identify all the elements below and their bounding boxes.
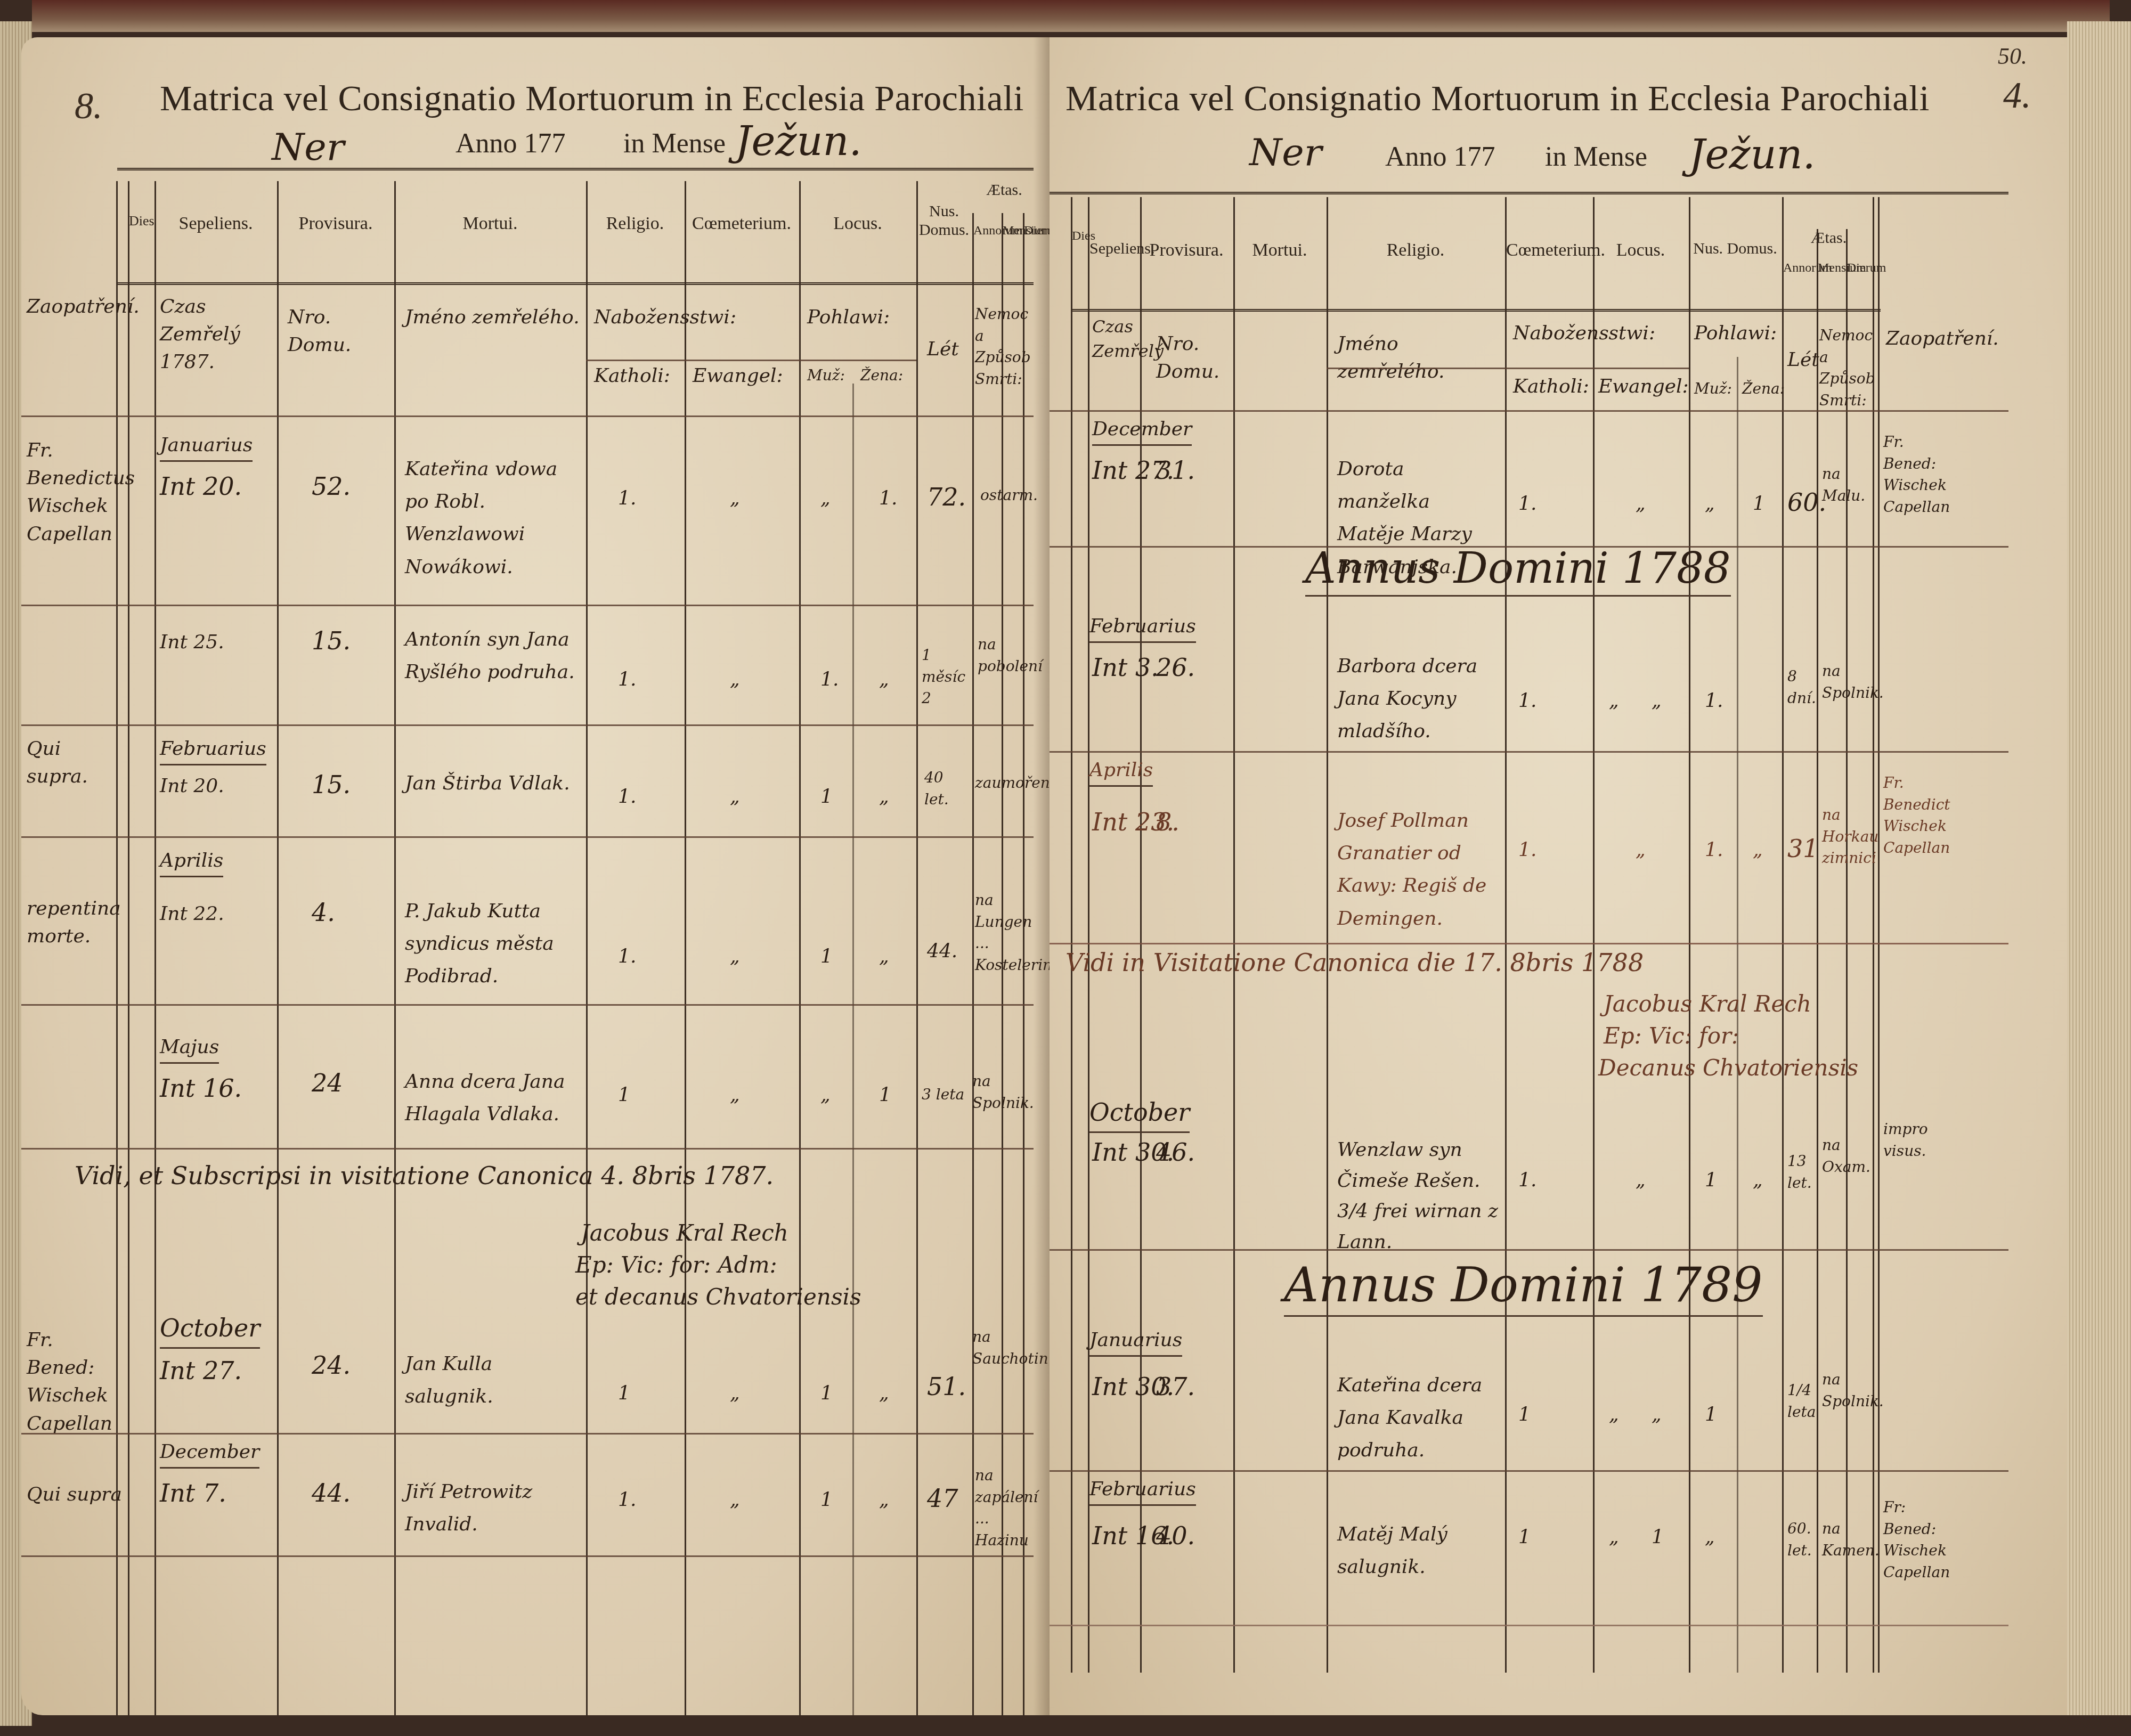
entry-age: 31	[1787, 831, 1819, 867]
entry-age: 13 let.	[1787, 1151, 1817, 1194]
entry-house: 37.	[1156, 1369, 1195, 1405]
entry-age: 60.	[1787, 485, 1826, 520]
entry-catholic: 1.	[1518, 490, 1536, 518]
czech-hdr-catholic: Katholi:	[1513, 373, 1589, 401]
header-nus-domus: Nus. Domus.	[917, 202, 971, 239]
entry-margin: Fr. Bened: Wischek Capellan	[27, 1326, 115, 1438]
col-divider	[1878, 197, 1880, 1673]
czech-hdr-female: Žena:	[860, 365, 903, 387]
col-divider	[685, 181, 686, 1715]
czech-hdr-provisura: Nro. Domu.	[288, 304, 389, 359]
header-dierum: Dierum	[1847, 261, 1872, 276]
entry-catholic: 1.	[1518, 836, 1536, 864]
header-nus-domus: Nus. Domus.	[1690, 240, 1780, 258]
entry-age: 60. let.	[1787, 1518, 1817, 1561]
entry-margin: impro visus.	[1883, 1119, 1953, 1162]
entry-evangelical: „	[1636, 836, 1646, 864]
visitation-note: Vidi in Visitatione Canonica die 17. 8br…	[1065, 948, 1644, 977]
entry-house: 15.	[312, 767, 351, 803]
entry-catholic: 1	[1518, 1523, 1531, 1551]
czech-hdr-evangelical: Ewangel:	[693, 362, 783, 390]
czech-hdr-cause: Nemoc a Způsob Smrti:	[1819, 325, 1873, 411]
entry-cause: na Horkau zimnici	[1822, 804, 1875, 869]
col-divider	[1327, 197, 1328, 1673]
entry-female: „	[879, 1380, 889, 1407]
right-anno-label: Anno 177	[1385, 141, 1495, 173]
czech-hdr-sex: Pohlawi:	[807, 304, 890, 331]
header-double-rule	[1071, 309, 1881, 312]
col-divider	[128, 181, 129, 1715]
czech-hdr-age: Lét	[1787, 346, 1819, 374]
entry-catholic: 1.	[618, 943, 636, 971]
entry-male: „	[820, 485, 831, 512]
entry-female: „	[1705, 1523, 1715, 1551]
col-divider	[277, 181, 279, 1715]
row-rule	[586, 360, 916, 361]
right-handwritten-place: Ner	[1249, 131, 1322, 174]
entry-cause: na Oxam.	[1822, 1135, 1873, 1178]
entry-day: Int 25.	[160, 629, 224, 656]
signature-line-3: et decanus Chvatoriensis	[575, 1284, 861, 1310]
entry-male: „	[820, 1081, 831, 1109]
signature-line-1: Jacobus Kral Rech	[1604, 991, 1811, 1017]
right-page-title: Matrica vel Consignatio Mortuorum in Ecc…	[1065, 77, 1930, 119]
entry-month: Januarius	[1089, 1326, 1182, 1357]
entry-age: 8 dní.	[1787, 666, 1819, 709]
entry-day: Int 27.	[160, 1353, 242, 1389]
entry-margin: Fr. Benedict Wischek Capellan	[1883, 772, 1953, 859]
left-mense-label: in Mense	[623, 128, 726, 159]
header-coemeterium: Cœmeterium.	[686, 213, 798, 234]
entry-margin: Qui supra.	[27, 735, 115, 790]
header-mortui: Mortui.	[395, 213, 585, 234]
entry-male: 1	[1705, 1167, 1717, 1194]
signature-line-3: Decanus Chvatoriensis	[1598, 1055, 1858, 1081]
signature-line-2: Ep: Vic: for:	[1604, 1023, 1739, 1049]
entry-male: „	[1652, 1401, 1662, 1429]
entry-margin: Fr: Bened: Wischek Capellan	[1883, 1497, 1953, 1583]
entry-name: Wenzlaw syn Čimeše Rešen. 3/4 frei wirna…	[1337, 1135, 1502, 1257]
header-mensium: Mensium	[1818, 261, 1845, 276]
entry-cause: na Spolnik.	[1822, 661, 1875, 704]
entry-month: October	[160, 1310, 260, 1349]
czech-hdr-sepeliens: Czas Zemřelý 1787.	[160, 293, 274, 377]
col-divider	[1817, 229, 1818, 1673]
entry-catholic: 1	[1518, 1401, 1531, 1429]
header-religio: Religio.	[587, 213, 683, 234]
entry-day: Int 16.	[160, 1071, 242, 1106]
czech-hdr-catholic: Katholi:	[594, 362, 670, 390]
row-rule	[1327, 368, 1689, 369]
entry-cause: na Spolnik.	[972, 1071, 1034, 1114]
left-page-title: Matrica vel Consignatio Mortuorum in Ecc…	[160, 77, 1024, 119]
entry-margin: repentina morte.	[27, 895, 120, 950]
entry-cause: na Kamen.	[1822, 1518, 1873, 1561]
entry-evangelical: „	[1609, 1523, 1619, 1551]
entry-evangelical: „	[730, 943, 740, 971]
entry-cause: na Sauchotin	[972, 1326, 1031, 1370]
row-rule	[1050, 751, 2008, 753]
col-divider	[852, 384, 854, 1715]
left-folio-number: 8.	[75, 85, 103, 128]
entry-age: 1 měsíc 2	[922, 645, 970, 710]
czech-hdr-age: Lét	[927, 336, 959, 363]
entry-name: Jan Kulla salugnik.	[405, 1348, 581, 1413]
entry-male: „	[1652, 687, 1662, 715]
entry-cause: na Lungen ... Kostelerin	[975, 890, 1034, 976]
col-divider	[394, 181, 396, 1715]
entry-day: Int 22.	[160, 900, 224, 928]
entry-evangelical: „	[730, 1486, 740, 1514]
visitation-note: Vidi, et Subscripsi in visitatione Canon…	[75, 1161, 774, 1190]
col-divider	[154, 181, 156, 1715]
entry-name: Antonín syn Jana Ryšlého podruha.	[405, 623, 581, 688]
entry-name: Josef Pollman Granatier od Kawy: Regiš d…	[1337, 804, 1502, 935]
entry-day: Int 7.	[160, 1476, 226, 1511]
row-rule	[1050, 943, 2008, 944]
czech-hdr-sex: Pohlawi:	[1694, 320, 1777, 347]
entry-house: 31.	[1156, 453, 1195, 488]
left-anno-label: Anno 177	[456, 128, 566, 159]
entry-age: 1/4 leta	[1787, 1380, 1817, 1423]
signature-line-2: Ep: Vic: for: Adm:	[575, 1252, 777, 1278]
entry-female: 1	[879, 1081, 891, 1109]
header-double-rule	[117, 282, 1034, 285]
col-divider	[1071, 197, 1072, 1673]
entry-female: „	[1753, 836, 1763, 864]
row-rule	[21, 836, 1034, 838]
col-divider	[1689, 197, 1690, 1673]
right-folio-number: 4.	[2003, 75, 2031, 117]
entry-evangelical: „	[730, 666, 740, 694]
entry-name: Barbora dcera Jana Kocyny mladšího.	[1337, 650, 1502, 748]
czech-hdr-religio: Nabožensstwi:	[594, 304, 736, 331]
entry-name: Anna dcera Jana Hlagala Vdlaka.	[405, 1065, 581, 1130]
czech-hdr-religio: Nabožensstwi:	[1513, 320, 1655, 347]
header-sepeliens: Sepeliens.	[156, 213, 276, 234]
czech-hdr-mortui: Jméno zemřelého.	[1337, 330, 1502, 386]
header-dies: Dies	[129, 213, 153, 229]
header-locus: Locus.	[1594, 240, 1687, 260]
entry-house: 24.	[312, 1348, 351, 1383]
entry-male: 1.	[820, 666, 839, 694]
right-folio-top: 50.	[1998, 43, 2027, 70]
entry-house: 52.	[312, 469, 351, 504]
entry-evangelical: „	[1609, 1401, 1619, 1429]
row-rule	[21, 415, 1034, 417]
header-annorum: Annorum	[1783, 261, 1816, 276]
row-rule	[1050, 1249, 2008, 1251]
entry-catholic: 1.	[618, 783, 636, 811]
row-rule	[1050, 1625, 2008, 1626]
row-rule	[21, 605, 1034, 606]
entry-catholic: 1.	[1518, 1167, 1536, 1194]
entry-month: Aprilis	[1089, 756, 1153, 787]
col-divider	[1873, 197, 1874, 1673]
czech-hdr-provisura: Nro. Domu.	[1156, 330, 1231, 386]
col-divider	[972, 213, 974, 1715]
right-header-rule	[1050, 192, 2008, 194]
entry-evangelical: „	[730, 1380, 740, 1407]
entry-cause: na pobolení	[978, 634, 1031, 677]
header-dies: Dies	[1072, 229, 1087, 244]
entry-house: 26.	[1156, 650, 1195, 686]
czech-hdr-male: Muž:	[807, 365, 845, 387]
czech-hdr-male: Muž:	[1694, 378, 1732, 400]
entry-house: 24	[312, 1065, 343, 1101]
entry-male: 1.	[1705, 836, 1723, 864]
col-divider	[1846, 229, 1848, 1673]
entry-female: „	[1753, 1167, 1763, 1194]
entry-day: Int 20.	[160, 469, 242, 504]
entry-age: 47	[927, 1481, 958, 1517]
czech-hdr-evangelical: Ewangel:	[1598, 373, 1689, 401]
entry-age: 51.	[927, 1369, 966, 1405]
entry-month: December	[160, 1438, 259, 1469]
right-page-stack	[2067, 21, 2131, 1715]
header-provisura: Provisura.	[1141, 240, 1232, 260]
entry-margin: Fr. Benedictus Wischek Capellan	[27, 437, 115, 548]
entry-catholic: 1.	[1518, 687, 1536, 715]
entry-female: „	[879, 783, 889, 811]
entry-male: 1	[820, 943, 833, 971]
row-rule	[1050, 410, 2008, 412]
col-divider	[1505, 197, 1507, 1673]
col-divider	[799, 181, 801, 1715]
col-divider	[1782, 197, 1784, 1673]
col-divider	[586, 181, 588, 1715]
row-rule	[1050, 1470, 2008, 1472]
header-annorum: Annorum	[973, 224, 1001, 239]
right-handwritten-month: Ježun.	[1689, 131, 1816, 178]
entry-name: Kateřina vdowa po Robl. Wenzlawowi Nowák…	[405, 453, 581, 583]
entry-catholic: 1.	[618, 666, 636, 694]
czech-hdr-margin: Zaopatření.	[27, 293, 115, 321]
entry-evangelical: „	[1636, 490, 1646, 518]
header-sepeliens: Sepeliens.	[1089, 240, 1138, 258]
entry-house: 4.	[312, 895, 335, 931]
right-page: 50. 4. Matrica vel Consignatio Mortuorum…	[1050, 37, 2094, 1715]
header-coemeterium: Cœmeterium.	[1506, 240, 1591, 260]
entry-male: „	[1705, 490, 1715, 518]
entry-female: „	[879, 1486, 889, 1514]
entry-catholic: 1.	[618, 1486, 636, 1514]
entry-month: Februarius	[1089, 1476, 1196, 1506]
entry-evangelical: „	[1609, 687, 1619, 715]
entry-female: 1	[1705, 1401, 1717, 1429]
entry-evangelical: „	[730, 485, 740, 512]
col-divider	[1593, 197, 1595, 1673]
entry-month: Januarius	[160, 431, 253, 462]
entry-female: 1	[1753, 490, 1765, 518]
entry-cause: na Malu.	[1822, 463, 1870, 507]
entry-day: Int 20.	[160, 772, 224, 800]
entry-month: Februarius	[1089, 613, 1196, 643]
left-page: 8. Matrica vel Consignatio Mortuorum in …	[21, 37, 1050, 1715]
czech-hdr-margin: Zaopatření.	[1886, 325, 1955, 353]
year-heading-1788: Annus Domini 1788	[1305, 543, 1731, 597]
row-rule	[21, 1004, 1034, 1006]
czech-hdr-mortui: Jméno zemřelého.	[405, 304, 581, 331]
entry-male: 1	[1652, 1523, 1664, 1551]
entry-house: 44.	[312, 1476, 351, 1511]
entry-margin: Qui supra	[27, 1481, 122, 1509]
entry-house: 8.	[1156, 804, 1180, 840]
entry-cause: ostarm.	[980, 485, 1038, 507]
entry-name: Jan Štirba Vdlak.	[405, 767, 581, 800]
col-divider	[1233, 197, 1235, 1673]
header-aetas: Ætas.	[1785, 229, 1873, 248]
entry-house: 15.	[312, 623, 351, 659]
right-mense-label: in Mense	[1545, 141, 1647, 173]
entry-month: Februarius	[160, 735, 266, 765]
left-header-rule	[117, 168, 1034, 170]
header-aetas: Ætas.	[975, 181, 1034, 200]
left-handwritten-place: Ner	[272, 125, 344, 169]
entry-age: 44.	[927, 938, 957, 965]
left-handwritten-month: Ježun.	[735, 117, 862, 165]
header-religio: Religio.	[1328, 240, 1503, 260]
row-rule	[21, 724, 1034, 726]
czech-hdr-sepeliens: Czas Zemřelý	[1092, 314, 1140, 364]
entry-male: 1	[820, 1486, 833, 1514]
entry-name: P. Jakub Kutta syndicus města Podibrad.	[405, 895, 581, 993]
entry-cause: na Spolnik.	[1822, 1369, 1875, 1412]
header-mortui: Mortui.	[1234, 240, 1325, 260]
entry-age: 3 leta	[922, 1084, 964, 1106]
entry-house: 40.	[1156, 1518, 1195, 1554]
czech-hdr-cause: Nemoc a Způsob Smrti:	[975, 304, 1034, 390]
entry-age: 40 let.	[924, 767, 967, 810]
header-mensium: Mensium	[1003, 224, 1023, 239]
entry-month: Majus	[160, 1033, 219, 1064]
header-provisura: Provisura.	[278, 213, 393, 234]
entry-house: 46.	[1156, 1135, 1195, 1170]
entry-day: Int 3.	[1092, 650, 1159, 686]
entry-cause: na zapálení ... Hazinu	[975, 1465, 1034, 1551]
entry-catholic: 1.	[618, 485, 636, 512]
row-rule	[21, 1555, 1034, 1557]
entry-female: „	[879, 666, 889, 694]
col-divider	[1088, 197, 1089, 1673]
entry-catholic: 1	[618, 1380, 630, 1407]
entry-evangelical: „	[730, 1081, 740, 1109]
entry-name: Jiří Petrowitz Invalid.	[405, 1476, 581, 1541]
signature-line-1: Jacobus Kral Rech	[581, 1220, 788, 1246]
year-heading-1789: Annus Domini 1789	[1284, 1257, 1763, 1317]
entry-name: Matěj Malý salugnik.	[1337, 1518, 1502, 1583]
entry-evangelical: „	[1636, 1167, 1646, 1194]
entry-female: „	[879, 943, 889, 971]
entry-male: 1	[820, 1380, 833, 1407]
entry-month: December	[1092, 415, 1192, 446]
header-locus: Locus.	[800, 213, 915, 234]
book-top-edge	[32, 0, 2110, 32]
entry-evangelical: „	[730, 783, 740, 811]
entry-month: Aprilis	[160, 847, 223, 877]
row-rule	[21, 1148, 1034, 1150]
col-divider	[916, 181, 918, 1715]
entry-male: 1	[820, 783, 833, 811]
entry-age: 72.	[927, 479, 966, 515]
entry-female: 1.	[1705, 687, 1723, 715]
entry-female: 1.	[879, 485, 897, 512]
entry-margin: Fr. Bened: Wischek Capellan	[1883, 431, 1953, 518]
entry-month: October	[1089, 1095, 1190, 1133]
entry-catholic: 1	[618, 1081, 630, 1109]
row-rule	[21, 1433, 1034, 1435]
czech-hdr-female: Žena:	[1742, 378, 1785, 400]
entry-name: Kateřina dcera Jana Kavalka podruha.	[1337, 1369, 1502, 1467]
